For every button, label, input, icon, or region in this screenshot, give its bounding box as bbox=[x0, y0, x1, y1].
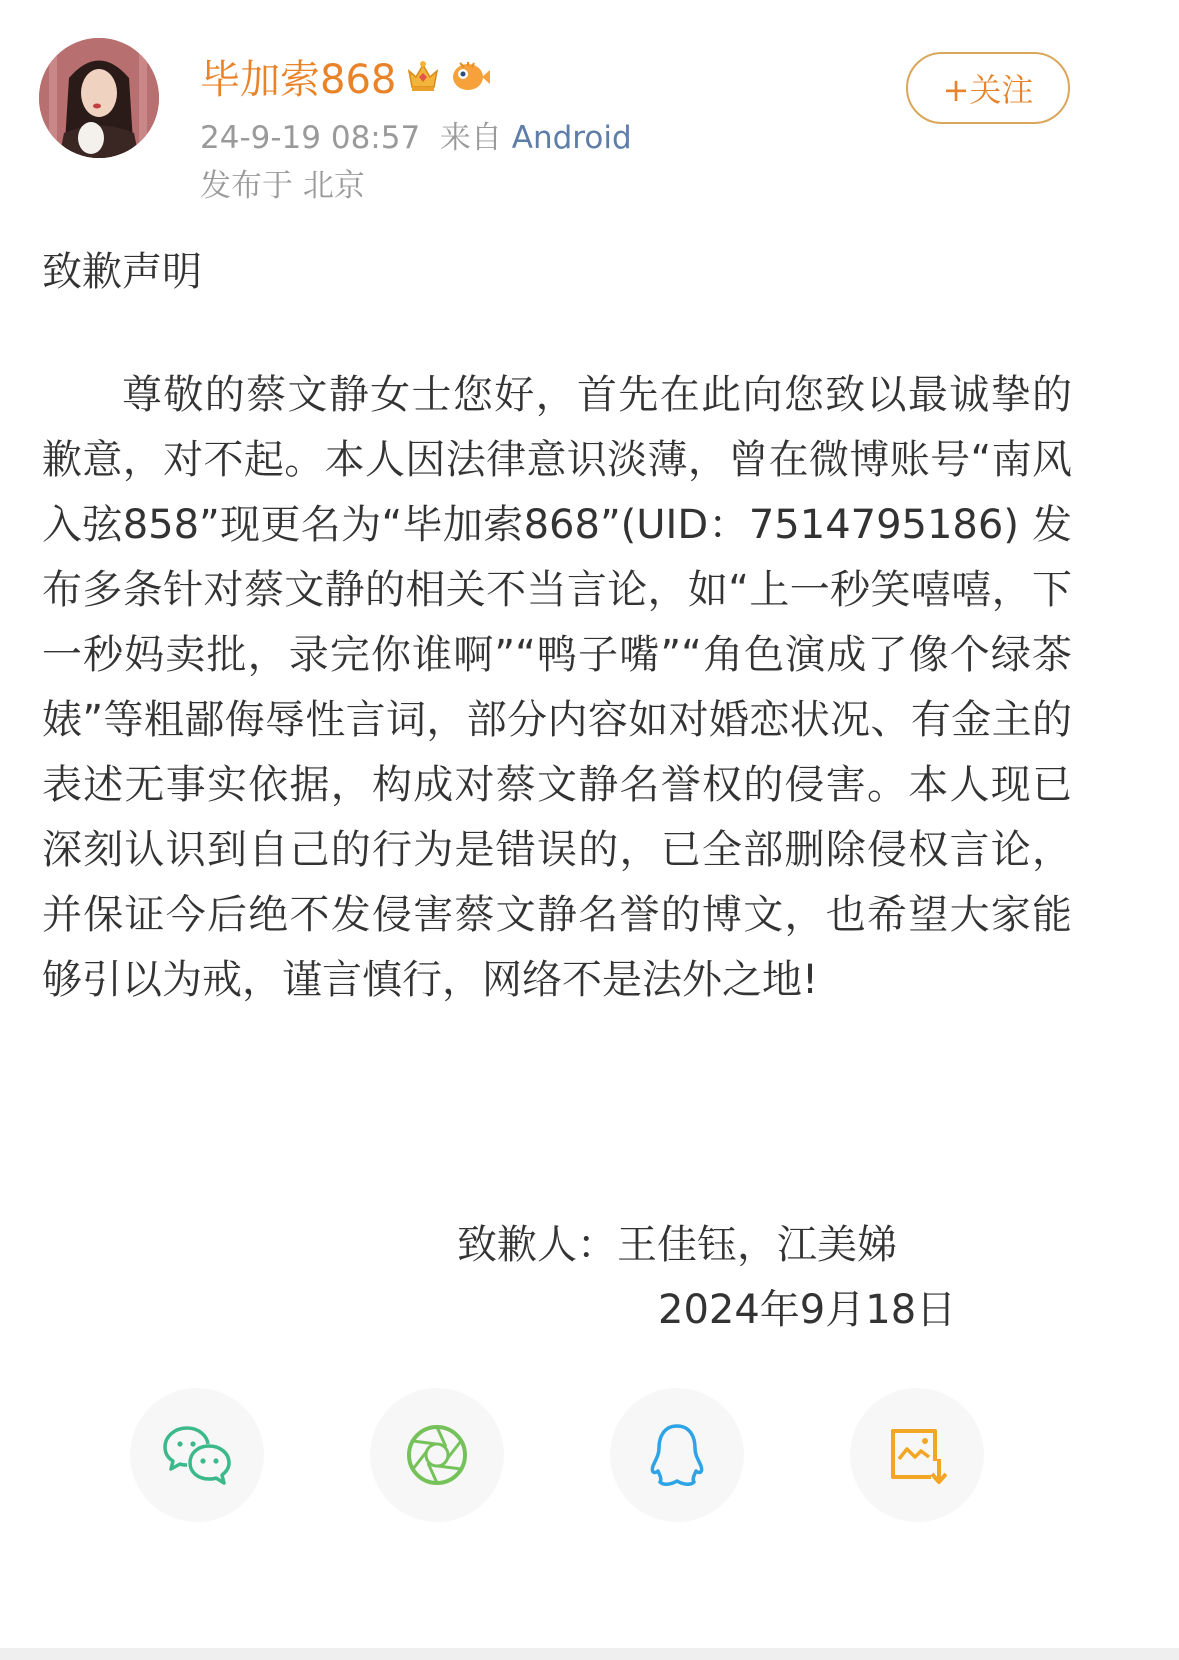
username[interactable]: 毕加索868 bbox=[200, 48, 396, 105]
moments-aperture-icon bbox=[405, 1423, 469, 1487]
crown-vip-icon[interactable] bbox=[404, 57, 442, 95]
apology-paragraph: 尊敬的蔡文静女士您好，首先在此向您致以最诚挚的歉意，对不起。本人因法律意识淡薄，… bbox=[42, 363, 1072, 1013]
post-location: 发布于 北京 bbox=[200, 160, 365, 205]
share-bar bbox=[0, 1388, 1179, 1523]
save-image-button[interactable] bbox=[850, 1388, 984, 1522]
post-body: 尊敬的蔡文静女士您好，首先在此向您致以最诚挚的歉意，对不起。本人因法律意识淡薄，… bbox=[42, 363, 1072, 1013]
pufferfish-icon[interactable] bbox=[450, 57, 488, 95]
source-link[interactable]: Android bbox=[512, 120, 632, 156]
author-row: 毕加索868 bbox=[200, 50, 488, 102]
avatar[interactable] bbox=[39, 38, 159, 158]
qq-penguin-icon bbox=[648, 1422, 706, 1488]
share-qq-button[interactable] bbox=[610, 1388, 744, 1522]
source-prefix: 来自 bbox=[440, 120, 502, 156]
post-title: 致歉声明 bbox=[42, 240, 202, 297]
share-moments-button[interactable] bbox=[370, 1388, 504, 1522]
wechat-icon bbox=[161, 1422, 233, 1488]
signature-date: 2024年9月18日 bbox=[658, 1278, 956, 1335]
save-image-icon bbox=[887, 1423, 947, 1487]
avatar-photo bbox=[39, 38, 159, 158]
follow-button[interactable]: +关注 bbox=[906, 52, 1070, 124]
share-wechat-button[interactable] bbox=[130, 1388, 264, 1522]
timestamp[interactable]: 24-9-19 08:57 bbox=[200, 120, 420, 156]
post-meta: 24-9-19 08:57 来自 Android bbox=[200, 112, 632, 157]
signature: 致歉人：王佳钰，江美娣 bbox=[457, 1213, 897, 1270]
bottom-divider bbox=[0, 1648, 1179, 1660]
